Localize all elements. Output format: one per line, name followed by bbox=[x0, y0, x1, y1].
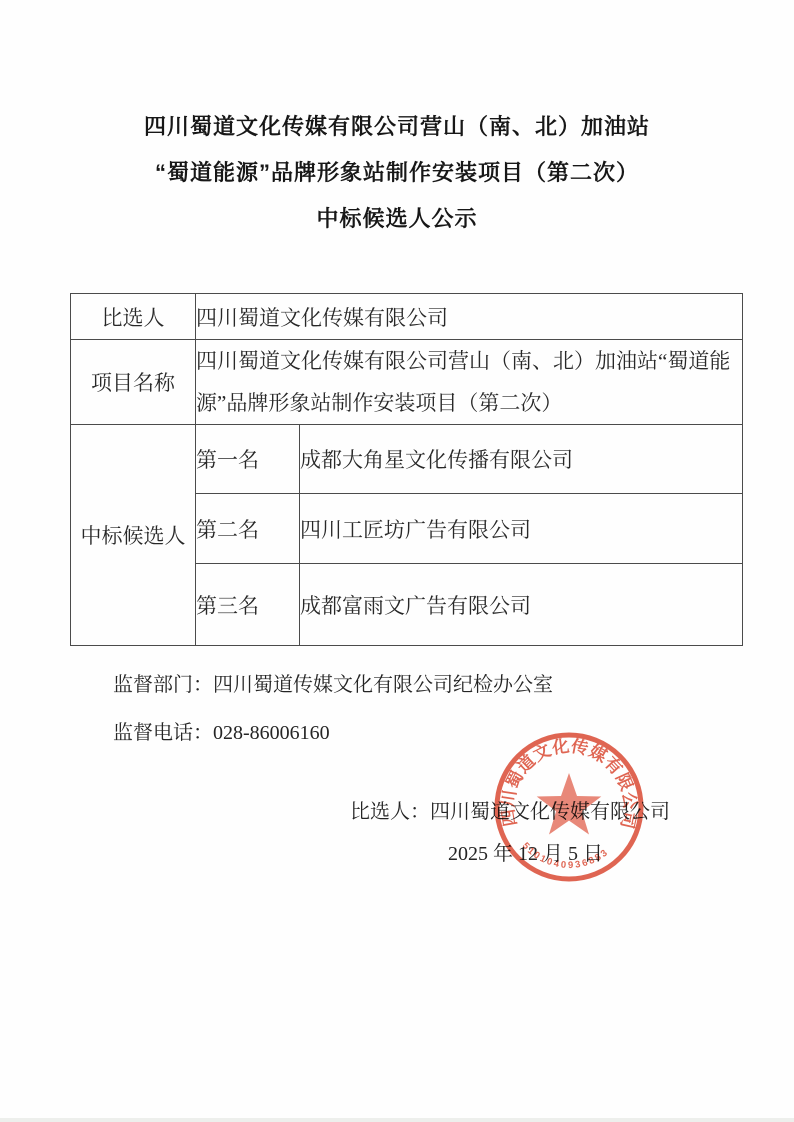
bidder-label-cell: 比选人 bbox=[71, 294, 196, 340]
supervision-dept-value: 四川蜀道传媒文化有限公司纪检办公室 bbox=[213, 674, 553, 696]
rank-3-cell: 第三名 bbox=[196, 564, 300, 646]
candidate-3-company-cell: 成都富雨文广告有限公司 bbox=[300, 564, 743, 646]
announcement-table: 比选人 四川蜀道文化传媒有限公司 项目名称 四川蜀道文化传媒有限公司营山（南、北… bbox=[70, 293, 743, 646]
supervision-phone-value: 028-86006160 bbox=[213, 722, 330, 744]
seal-serial-number: 5101040936883 bbox=[520, 841, 612, 872]
supervision-dept-label: 监督部门： bbox=[113, 674, 213, 696]
title-line-2: “蜀道能源”品牌形象站制作安装项目（第二次） bbox=[0, 150, 794, 196]
document-page: 四川蜀道文化传媒有限公司营山（南、北）加油站 “蜀道能源”品牌形象站制作安装项目… bbox=[0, 0, 794, 1122]
project-label-cell: 项目名称 bbox=[71, 340, 196, 425]
rank-2-cell: 第二名 bbox=[196, 494, 300, 564]
project-name-line-2: 源”品牌形象站制作安装项目（第二次） bbox=[196, 382, 742, 424]
rank-1-cell: 第一名 bbox=[196, 425, 300, 494]
candidate-2-company-cell: 四川工匠坊广告有限公司 bbox=[300, 494, 743, 564]
bidder-value-cell: 四川蜀道文化传媒有限公司 bbox=[196, 294, 743, 340]
document-title: 四川蜀道文化传媒有限公司营山（南、北）加油站 “蜀道能源”品牌形象站制作安装项目… bbox=[0, 104, 794, 242]
table-row: 项目名称 四川蜀道文化传媒有限公司营山（南、北）加油站“蜀道能 源”品牌形象站制… bbox=[71, 340, 743, 425]
supervision-dept-line: 监督部门：四川蜀道传媒文化有限公司纪检办公室 bbox=[113, 672, 553, 698]
project-value-cell: 四川蜀道文化传媒有限公司营山（南、北）加油站“蜀道能 源”品牌形象站制作安装项目… bbox=[196, 340, 743, 425]
title-line-1: 四川蜀道文化传媒有限公司营山（南、北）加油站 bbox=[0, 104, 794, 150]
project-name-line-1: 四川蜀道文化传媒有限公司营山（南、北）加油站“蜀道能 bbox=[196, 340, 742, 382]
scan-bottom-edge bbox=[0, 1118, 794, 1122]
title-line-3: 中标候选人公示 bbox=[0, 196, 794, 242]
signer-label: 比选人： bbox=[350, 801, 430, 823]
seal-star-icon bbox=[537, 773, 602, 835]
svg-text:5101040936883: 5101040936883 bbox=[520, 841, 612, 872]
supervision-phone-line: 监督电话：028-86006160 bbox=[113, 720, 330, 746]
supervision-phone-label: 监督电话： bbox=[113, 722, 213, 744]
company-seal-stamp: 四川蜀道文化传媒有限公司 5101040936883 bbox=[459, 697, 679, 917]
table-row: 中标候选人 第一名 成都大角星文化传播有限公司 bbox=[71, 425, 743, 494]
candidates-label-cell: 中标候选人 bbox=[71, 425, 196, 646]
candidate-1-company-cell: 成都大角星文化传播有限公司 bbox=[300, 425, 743, 494]
table-row: 比选人 四川蜀道文化传媒有限公司 bbox=[71, 294, 743, 340]
